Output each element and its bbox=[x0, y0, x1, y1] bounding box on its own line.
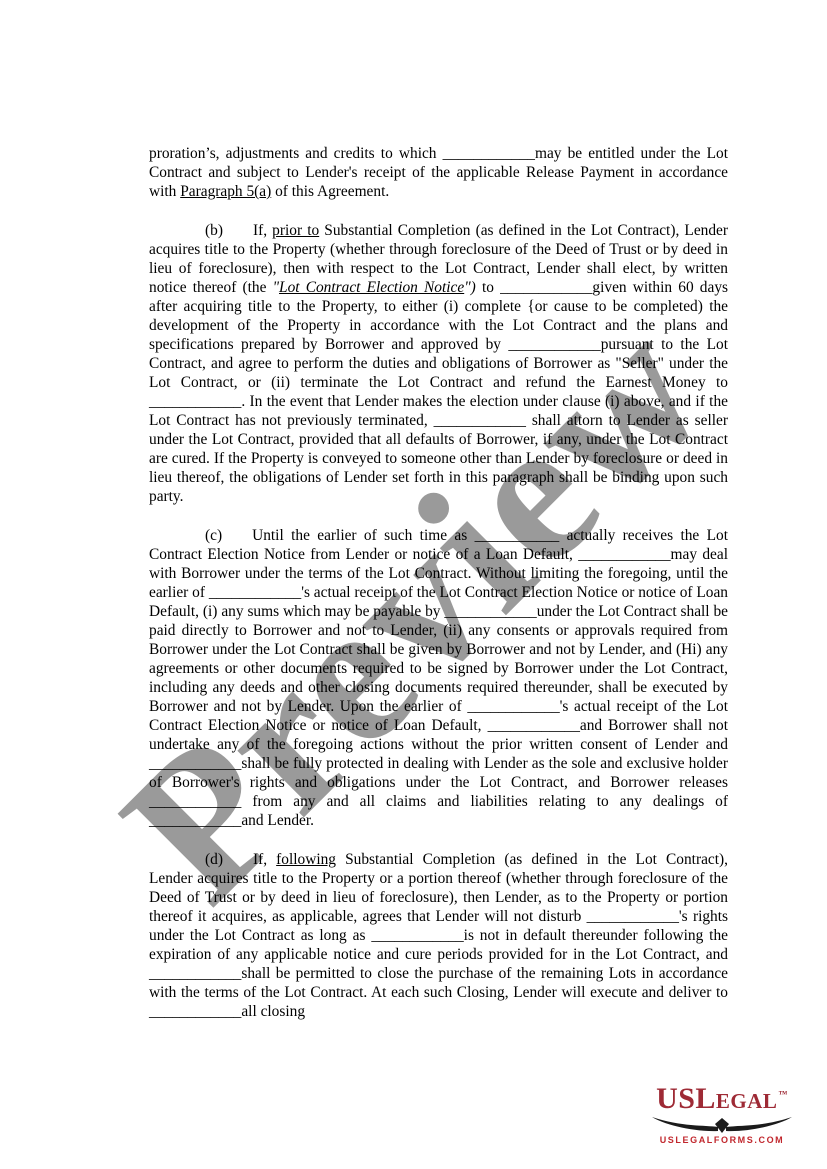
text-run: (b) bbox=[205, 222, 223, 239]
tab-spacer bbox=[149, 863, 205, 864]
paragraph-b: (b)If, prior to Substantial Completion (… bbox=[149, 221, 728, 506]
text-run: to bbox=[476, 279, 500, 296]
blank-field: ____________ bbox=[209, 584, 301, 601]
uslegal-logo: USLegal™ USLEGALFORMS.COM bbox=[644, 1084, 800, 1145]
text-run: Lot Contract Election Notice bbox=[279, 279, 464, 296]
text-run: prior to bbox=[272, 222, 319, 239]
blank-field: ____________ bbox=[500, 279, 592, 296]
brand-label: USLegal bbox=[656, 1082, 777, 1115]
text-run: of this Agreement. bbox=[271, 183, 389, 200]
paragraph-d: (d)If, following Substantial Completion … bbox=[149, 850, 728, 1021]
tab-spacer bbox=[149, 539, 205, 540]
uslegal-brand-text: USLegal™ bbox=[644, 1084, 800, 1114]
blank-field: ____________ bbox=[443, 145, 535, 162]
text-run: proration’s, adjustments and credits to … bbox=[149, 145, 443, 162]
blank-field: ____________ bbox=[149, 755, 241, 772]
blank-field: ____________ bbox=[467, 698, 559, 715]
eagle-wings-icon bbox=[650, 1116, 794, 1134]
paragraph-c: (c)Until the earlier of such time as ___… bbox=[149, 526, 728, 830]
text-run: all closing bbox=[241, 1003, 305, 1020]
tab-spacer bbox=[222, 539, 252, 540]
blank-field: ____________ bbox=[444, 603, 536, 620]
text-run: Until the earlier of such time as bbox=[252, 527, 474, 544]
tab-spacer bbox=[149, 234, 205, 235]
text-run: (c) bbox=[205, 527, 222, 544]
blank-field: ____________ bbox=[488, 717, 580, 734]
text-run: Paragraph 5(a) bbox=[180, 183, 271, 200]
text-run: If, bbox=[253, 851, 276, 868]
text-run: from any and all claims and liabilities … bbox=[241, 793, 728, 810]
text-run: following bbox=[276, 851, 336, 868]
blank-field: ____________ bbox=[149, 1003, 241, 1020]
blank-field: ____________ bbox=[434, 412, 526, 429]
document-page: Preview proration’s, adjustments and cre… bbox=[0, 0, 827, 1169]
document-body: proration’s, adjustments and credits to … bbox=[149, 144, 728, 1041]
blank-field: ____________ bbox=[149, 965, 241, 982]
blank-field: ____________ bbox=[149, 793, 241, 810]
blank-field: ____________ bbox=[149, 812, 241, 829]
blank-field: ____________ bbox=[149, 393, 241, 410]
uslegal-site-text: USLEGALFORMS.COM bbox=[644, 1135, 800, 1145]
text-run: ") bbox=[464, 279, 476, 296]
trademark-symbol: ™ bbox=[778, 1089, 788, 1099]
tab-spacer bbox=[223, 234, 253, 235]
blank-field: ____________ bbox=[587, 908, 679, 925]
blank-field: ____________ bbox=[578, 546, 670, 563]
text-run: (d) bbox=[205, 851, 223, 868]
text-run: and Lender. bbox=[241, 812, 314, 829]
blank-field: ____________ bbox=[371, 927, 463, 944]
tab-spacer bbox=[223, 863, 253, 864]
blank-field: ___________ bbox=[475, 527, 560, 544]
paragraph-prorations: proration’s, adjustments and credits to … bbox=[149, 144, 728, 201]
blank-field: ____________ bbox=[508, 336, 600, 353]
text-run: If, bbox=[253, 222, 272, 239]
